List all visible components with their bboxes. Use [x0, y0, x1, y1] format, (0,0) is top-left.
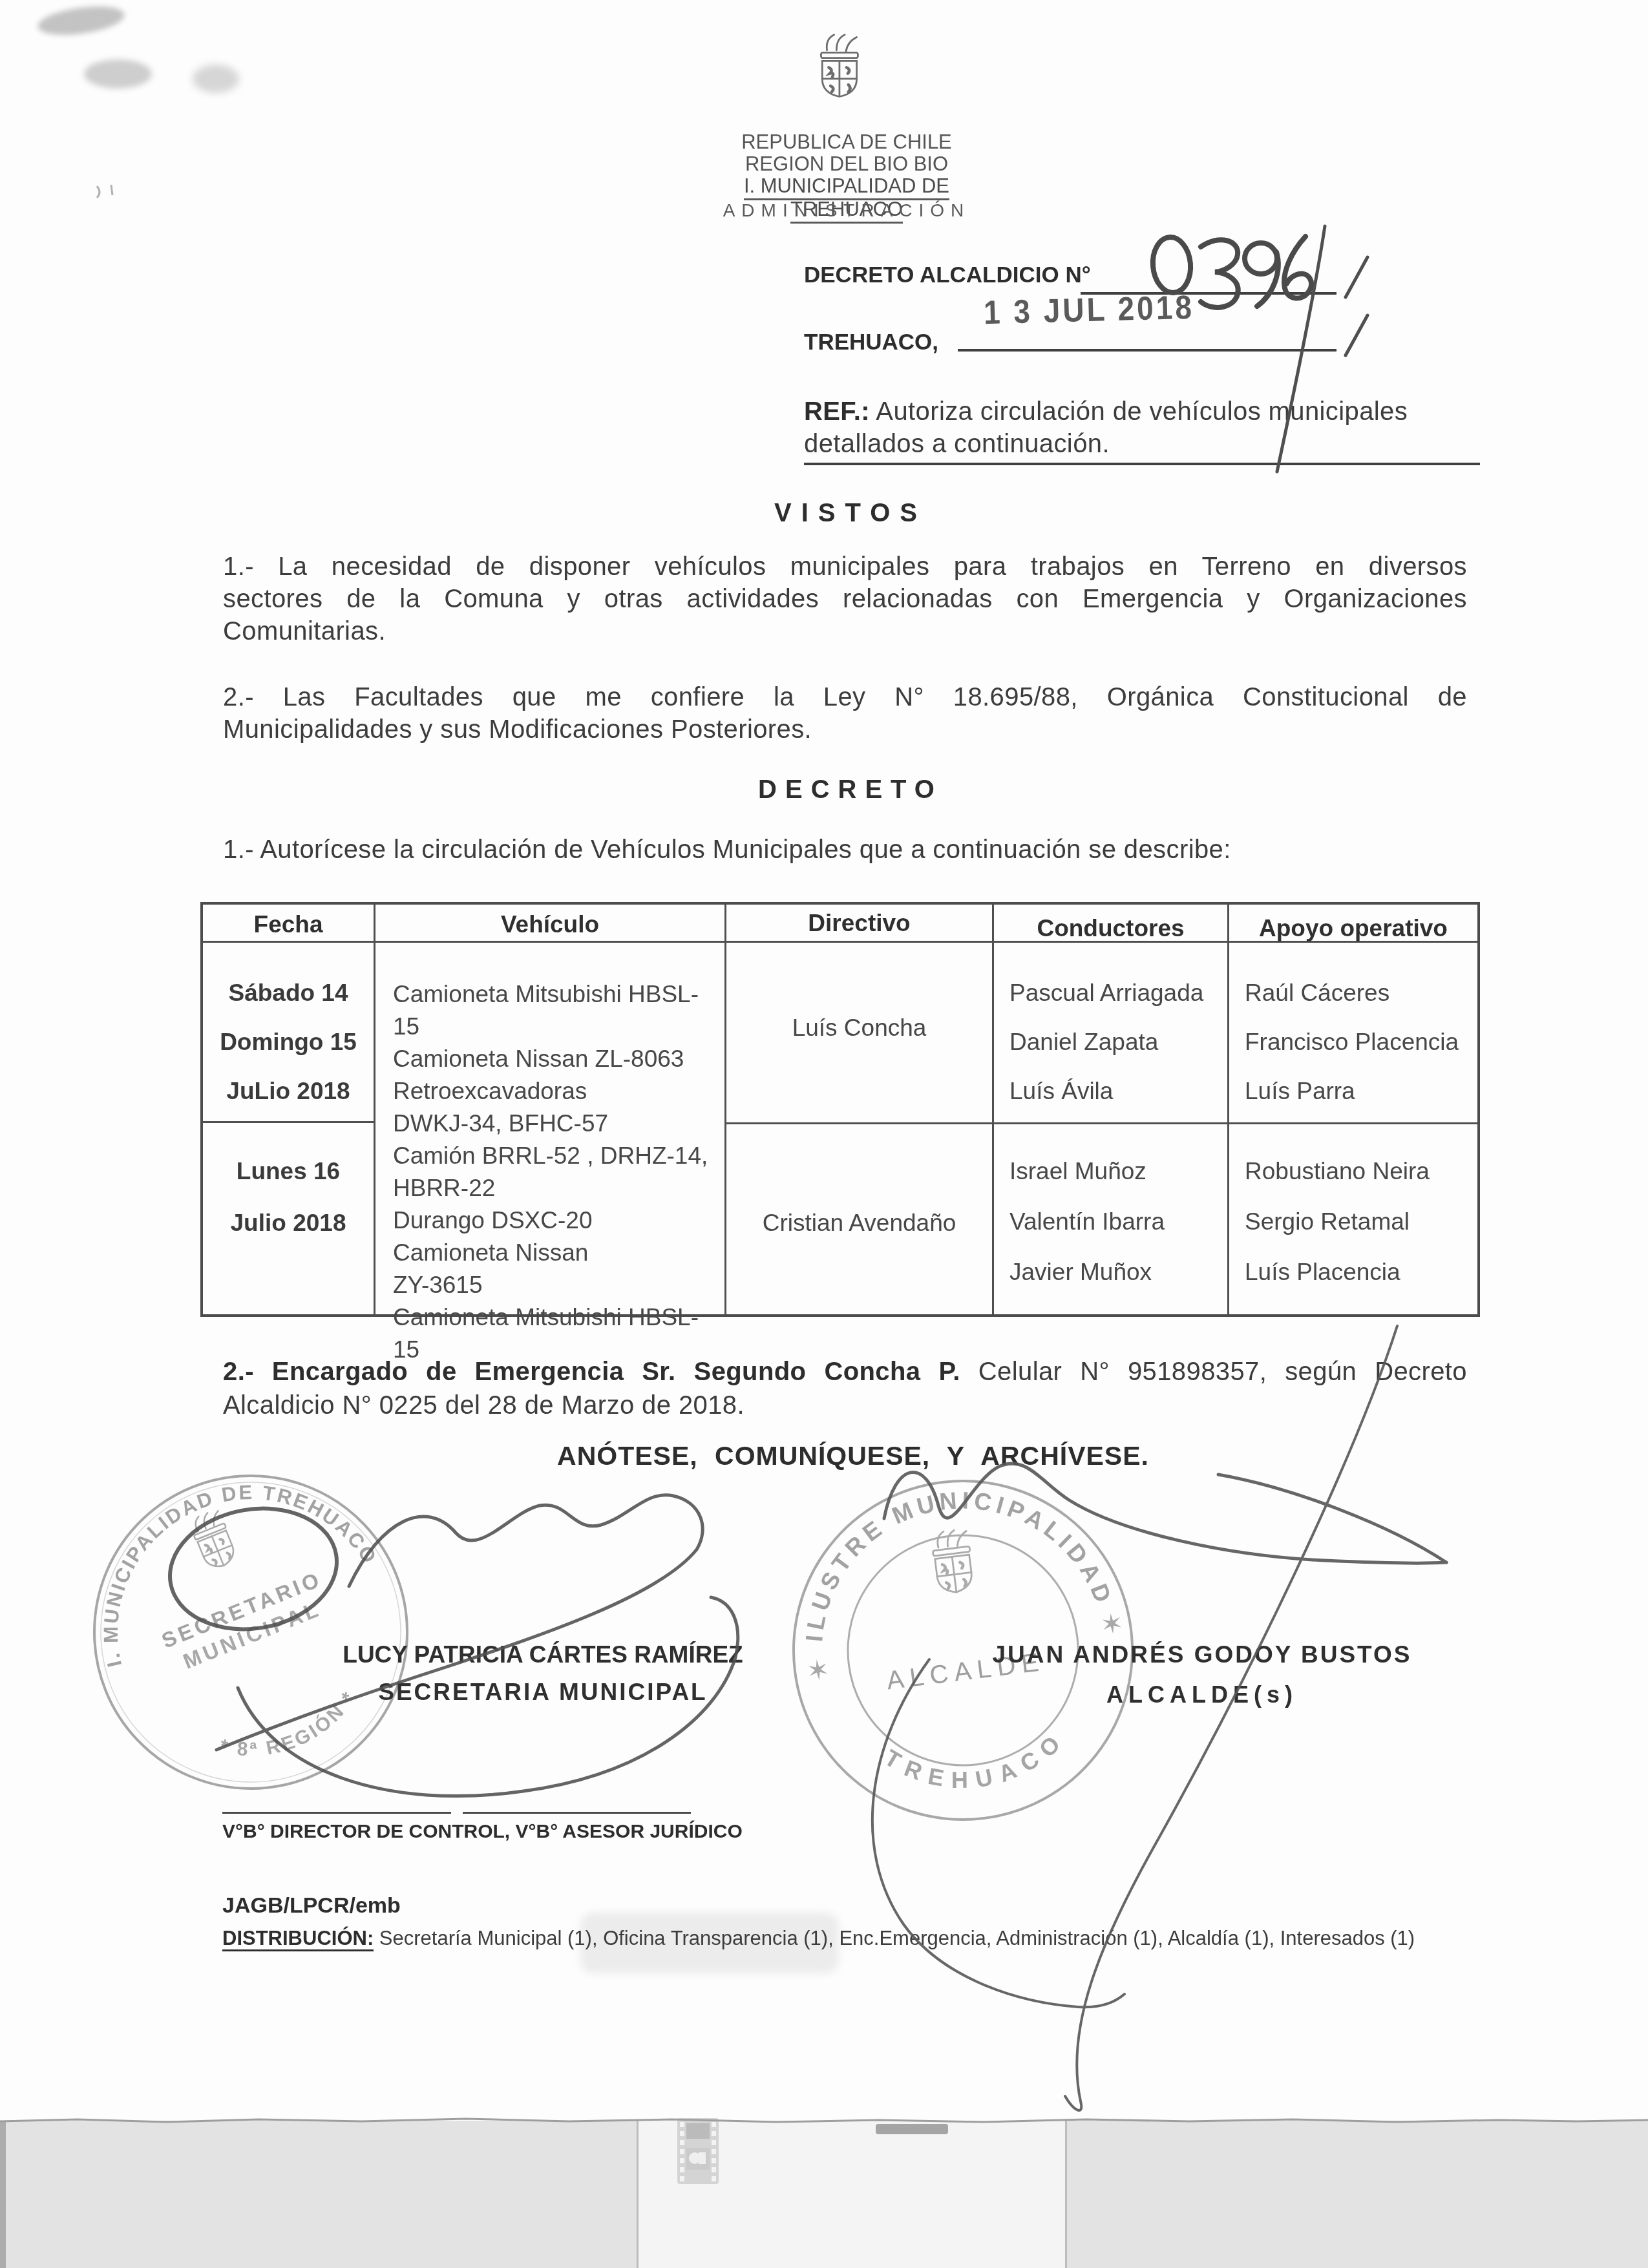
mayor-title: ALCALDE(s) — [976, 1681, 1428, 1708]
table-cell-fecha: Sábado 14 — [203, 978, 374, 1008]
table-cell-conductor: Valentín Ibarra — [1009, 1207, 1223, 1237]
vistos-paragraph-line: 1.- La necesidad de disponer vehículos m… — [223, 551, 1467, 583]
table-cell-apoyo: Luís Placencia — [1245, 1257, 1474, 1287]
text-layer: REPUBLICA DE CHILE REGION DEL BIO BIO I.… — [0, 0, 1648, 2268]
table-cell-fecha: Lunes 16 — [203, 1157, 374, 1186]
section2-line2: Alcaldicio N° 0225 del 28 de Marzo de 20… — [223, 1389, 1467, 1422]
column-header: Apoyo operativo — [1229, 914, 1477, 943]
table-cell-apoyo: Sergio Retamal — [1245, 1207, 1474, 1237]
table-cell-conductor: Pascual Arriagada — [1009, 978, 1223, 1008]
table-cell-directivo: Luís Concha — [726, 1013, 992, 1043]
table-cell-fecha: Julio 2018 — [203, 1208, 374, 1238]
section2-line1: 2.- Encargado de Emergencia Sr. Segundo … — [223, 1356, 1467, 1388]
footer-distribution: DISTRIBUCIÓN: Secretaría Municipal (1), … — [222, 1927, 1521, 1950]
letterhead-region: REGION DEL BIO BIO — [685, 152, 1008, 176]
table-row-divider — [724, 1122, 1477, 1124]
table-border — [724, 905, 726, 1314]
table-cell-apoyo: Luís Parra — [1245, 1076, 1474, 1106]
vehicles-table: Fecha Vehículo Directivo Conductores Apo… — [200, 902, 1480, 1317]
mayor-name: JUAN ANDRÉS GODOY BUSTOS — [976, 1641, 1428, 1668]
ref-line2: detallados a continuación. — [804, 428, 1480, 460]
footer-initials: JAGB/LPCR/emb — [222, 1893, 401, 1918]
ref-underline — [804, 463, 1480, 465]
vehicle-line: Camión BRRL-52 , DRHZ-14, — [393, 1140, 724, 1172]
letterhead-department: ADMINISTRACIÓN — [685, 200, 1008, 221]
table-cell-fecha: Domingo 15 — [203, 1027, 374, 1057]
table-border — [374, 905, 375, 1314]
vehicle-line: HBRR-22 — [393, 1172, 724, 1204]
vb-line — [222, 1812, 451, 1814]
vehicle-line: ZY-3615 — [393, 1269, 724, 1301]
date-stamp: 1 3 JUL 2018 — [983, 288, 1194, 332]
section2-bold: 2.- Encargado de Emergencia Sr. Segundo … — [223, 1358, 960, 1386]
table-border — [1227, 905, 1229, 1314]
vistos-paragraph-line: 2.- Las Facultades que me confiere la Le… — [223, 681, 1467, 713]
table-cell-apoyo: Raúl Cáceres — [1245, 978, 1474, 1008]
vehicle-line: Camioneta Mitsubishi HBSL-15 — [393, 978, 724, 1043]
vistos-paragraph-line: Comunitarias. — [223, 615, 1467, 647]
table-cell-conductor: Luís Ávila — [1009, 1076, 1223, 1106]
decreto-title: DECRETO — [657, 775, 1044, 804]
table-cell-conductor: Israel Muñoz — [1009, 1157, 1223, 1186]
scanned-decree-page: I. MUNICIPALIDAD DE TREHUACO * 8ª REGIÓN… — [0, 0, 1648, 2268]
vistos-paragraph-line: Municipalidades y sus Modificaciones Pos… — [223, 713, 1467, 746]
column-header: Directivo — [726, 908, 992, 938]
ref-line1-text: Autoriza circulación de vehículos munici… — [870, 397, 1408, 426]
vehicle-line: DWKJ-34, BFHC-57 — [393, 1108, 724, 1140]
column-header: Conductores — [994, 914, 1227, 943]
letterhead-country: REPUBLICA DE CHILE — [685, 131, 1008, 154]
ref-line1: REF.: Autoriza circulación de vehículos … — [804, 395, 1480, 428]
vb-text: V°B° DIRECTOR DE CONTROL, V°B° ASESOR JU… — [222, 1821, 743, 1843]
ref-block: REF.: Autoriza circulación de vehículos … — [804, 395, 1480, 465]
vehicle-line: Camioneta Nissan — [393, 1237, 724, 1269]
secretary-name: LUCY PATRICIA CÁRTES RAMÍREZ — [323, 1641, 763, 1668]
distribution-label: DISTRIBUCIÓN: — [222, 1927, 374, 1951]
decreto-item: 1.- Autorícese la circulación de Vehícul… — [223, 834, 1467, 866]
vehicle-line: Retroexcavadoras — [393, 1075, 724, 1108]
section2-rest: Celular N° 951898357, según Decreto — [960, 1358, 1467, 1386]
decree-date-line — [958, 349, 1336, 352]
ref-label: REF.: — [804, 397, 870, 426]
distribution-list: Secretaría Municipal (1), Oficina Transp… — [374, 1927, 1415, 1949]
vehicle-line: Camioneta Nissan ZL-8063 — [393, 1043, 724, 1075]
column-header: Vehículo — [375, 910, 724, 940]
secretary-title: SECRETARIA MUNICIPAL — [323, 1679, 763, 1706]
table-cell-conductor: Javier Muñox — [1009, 1257, 1223, 1287]
table-cell-conductor: Daniel Zapata — [1009, 1027, 1223, 1057]
table-border — [992, 905, 994, 1314]
vistos-title: VISTOS — [673, 499, 1028, 528]
table-cell-apoyo: Robustiano Neira — [1245, 1157, 1474, 1186]
column-header: Fecha — [203, 910, 374, 940]
table-cell-vehiculo: Camioneta Mitsubishi HBSL-15 Camioneta N… — [393, 978, 724, 1366]
decree-label: DECRETO ALCALDICIO N° — [804, 262, 1091, 288]
closing-formula: ANÓTESE, COMUNÍQUESE, Y ARCHÍVESE. — [504, 1441, 1202, 1471]
table-row-divider — [203, 1121, 374, 1123]
vb-line — [463, 1812, 691, 1814]
table-cell-apoyo: Francisco Placencia — [1245, 1027, 1474, 1057]
decree-place: TREHUACO, — [804, 330, 938, 355]
vehicle-line: Durango DSXC-20 — [393, 1204, 724, 1237]
vistos-paragraph-line: sectores de la Comuna y otras actividade… — [223, 583, 1467, 615]
table-cell-directivo: Cristian Avendaño — [726, 1208, 992, 1238]
table-cell-fecha: JuLio 2018 — [203, 1076, 374, 1106]
